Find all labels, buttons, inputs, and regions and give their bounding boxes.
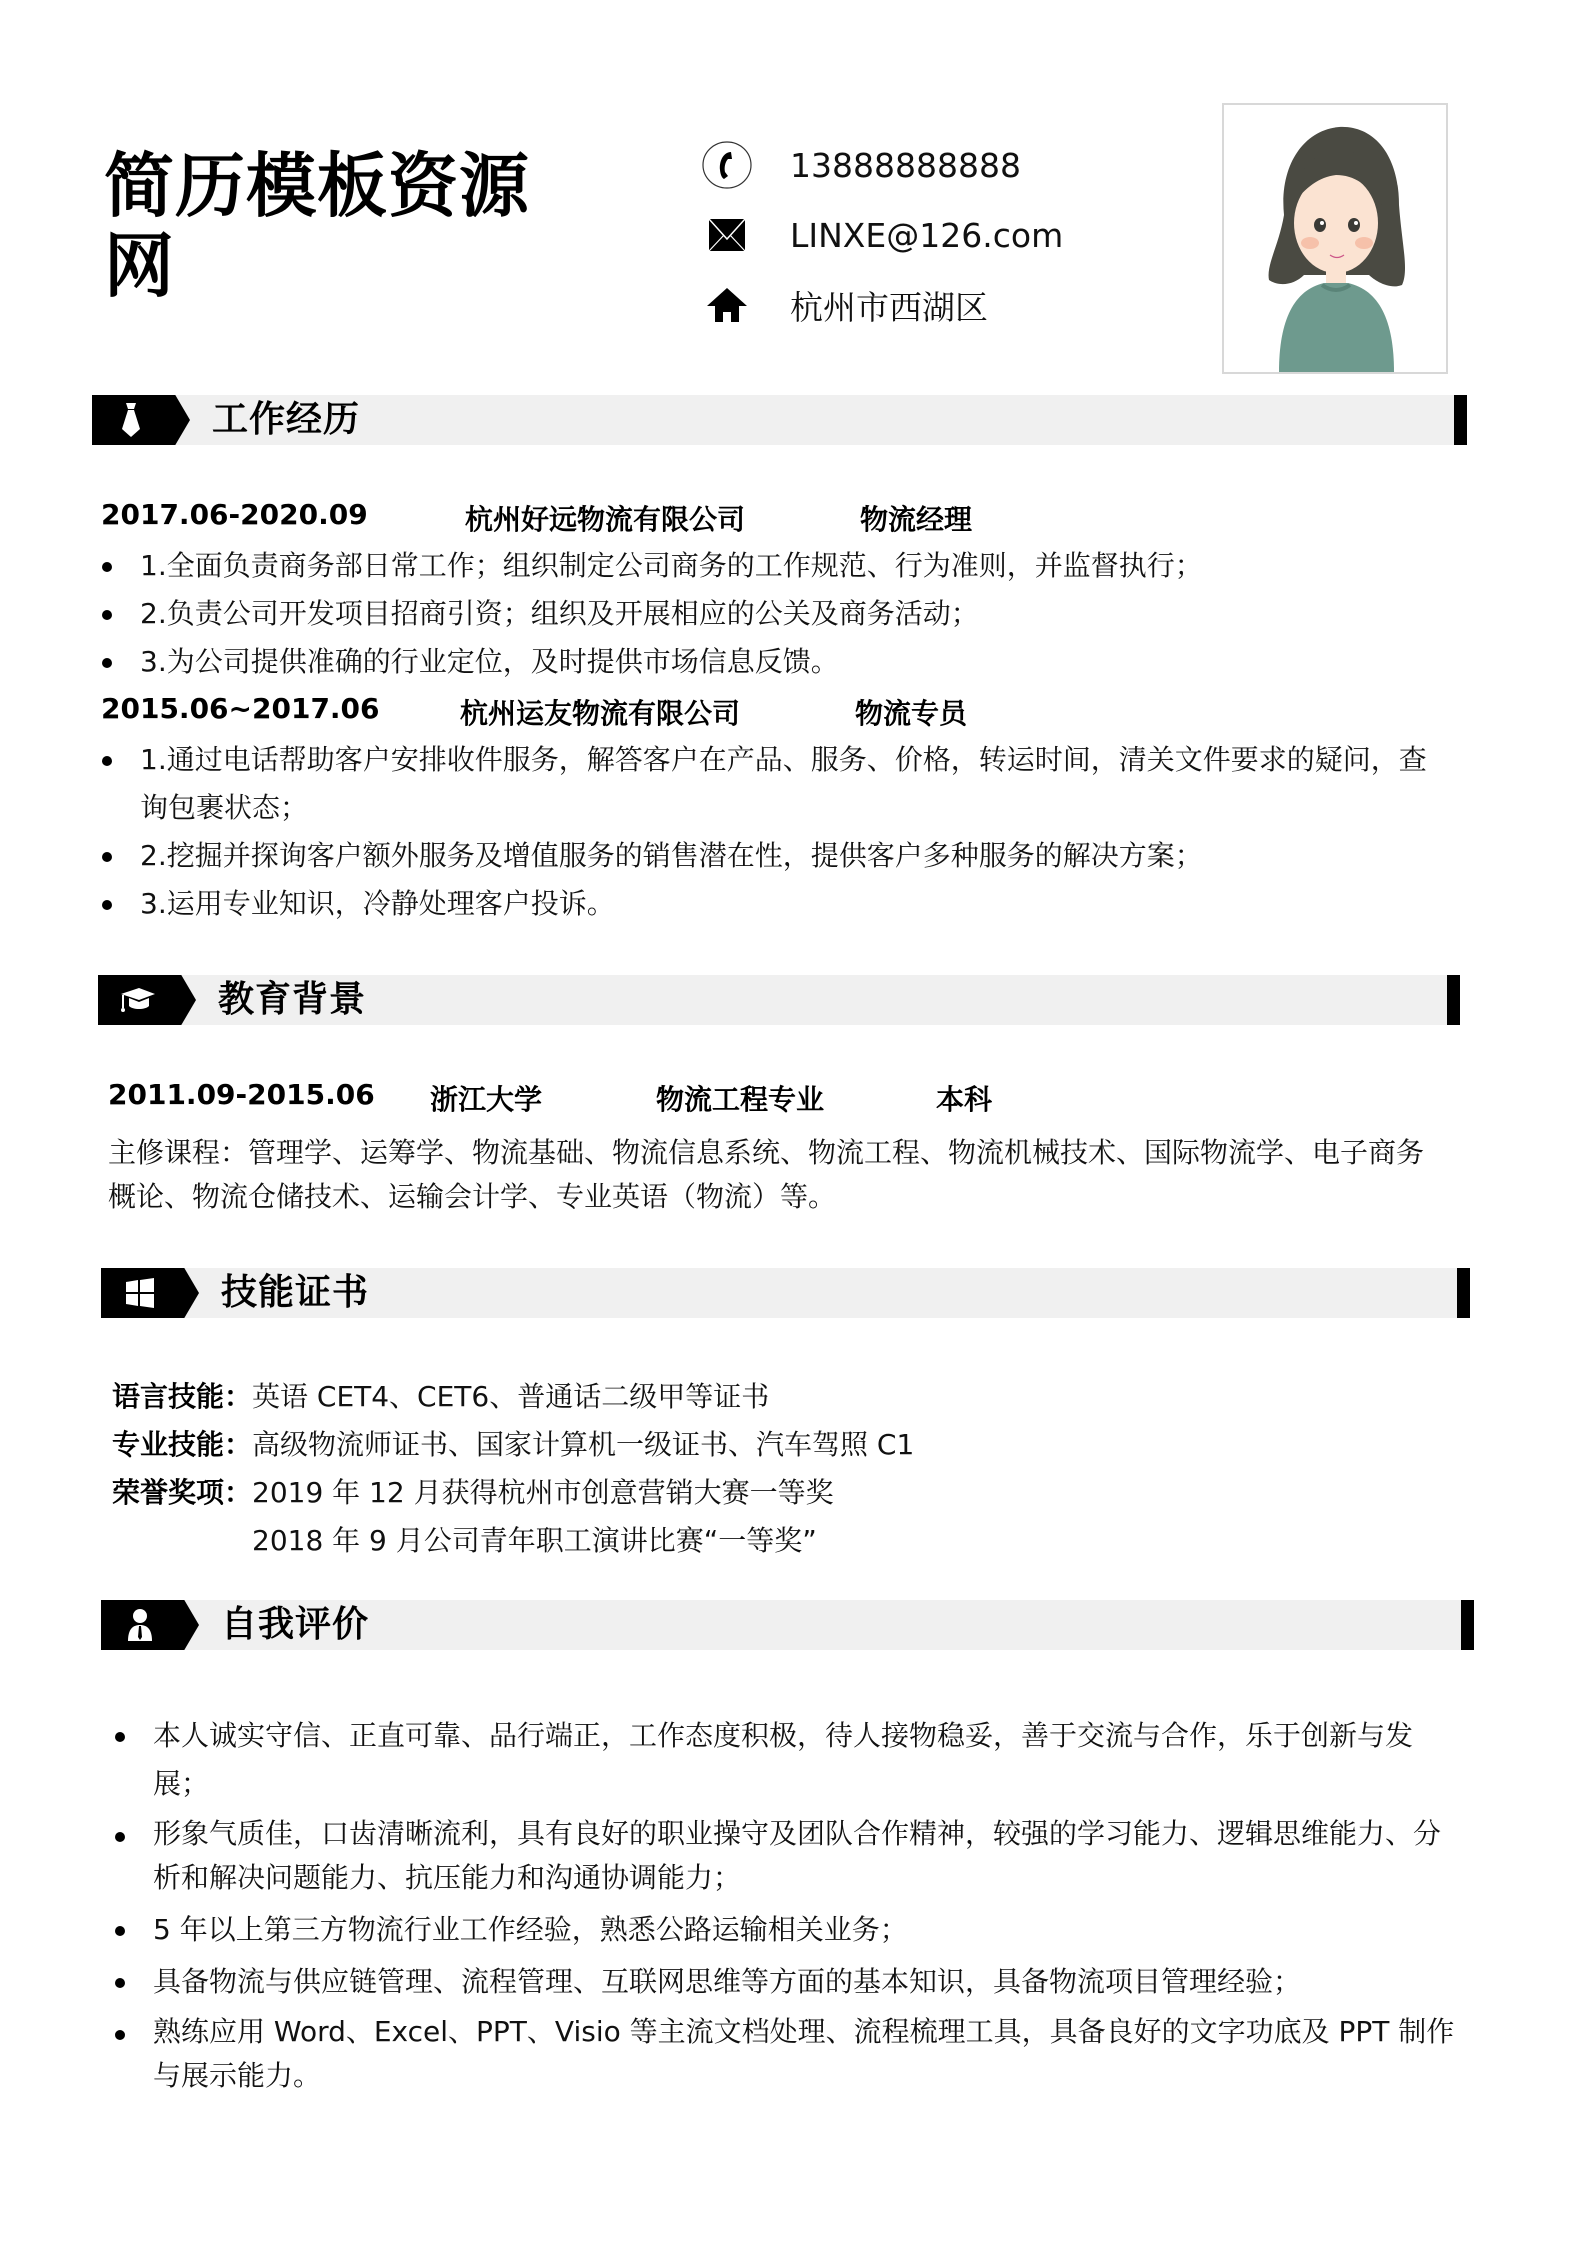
section-title: 自我评价 bbox=[221, 1600, 369, 1650]
section-tab bbox=[92, 395, 190, 445]
skill-label bbox=[112, 1517, 252, 1565]
necktie-icon bbox=[118, 401, 144, 439]
skill-value: 2019 年 12 月获得杭州市创意营销大赛一等奖 bbox=[252, 1469, 834, 1517]
phone-number: 13888888888 bbox=[790, 146, 1021, 185]
job-role: 物流经理 bbox=[860, 498, 972, 538]
windows-grid-icon bbox=[124, 1277, 156, 1309]
edu-school: 浙江大学 bbox=[430, 1078, 542, 1118]
section-cap bbox=[1454, 395, 1467, 445]
address: 杭州市西湖区 bbox=[790, 282, 988, 329]
list-item: 1.通过电话帮助客户安排收件服务，解答客户在产品、服务、价格，转运时间，清关文件… bbox=[100, 736, 1450, 832]
section-tab bbox=[98, 975, 196, 1025]
edu-period: 2011.09-2015.06 bbox=[108, 1078, 375, 1111]
skill-label: 专业技能： bbox=[112, 1421, 252, 1469]
edu-degree: 本科 bbox=[936, 1078, 992, 1118]
envelope-icon bbox=[700, 210, 754, 260]
phone-icon bbox=[700, 140, 754, 190]
section-title: 技能证书 bbox=[221, 1268, 369, 1318]
skill-value: 高级物流师证书、国家计算机一级证书、汽车驾照 C1 bbox=[252, 1421, 914, 1469]
skill-row-honors-2: 2018 年 9 月公司青年职工演讲比赛“一等奖” bbox=[112, 1517, 817, 1565]
contact-email: LINXE@126.com bbox=[700, 210, 1063, 260]
section-tab bbox=[101, 1268, 199, 1318]
section-title: 教育背景 bbox=[218, 975, 366, 1025]
section-cap bbox=[1457, 1268, 1470, 1318]
job-duties: 1.通过电话帮助客户安排收件服务，解答客户在产品、服务、价格，转运时间，清关文件… bbox=[100, 736, 1450, 928]
list-item: 2.负责公司开发项目招商引资；组织及开展相应的公关及商务活动； bbox=[100, 590, 1460, 638]
job-duties: 1.全面负责商务部日常工作；组织制定公司商务的工作规范、行为准则，并监督执行； … bbox=[100, 542, 1460, 686]
avatar-illustration bbox=[1224, 105, 1446, 372]
person-icon bbox=[125, 1607, 155, 1643]
list-item: 3.为公司提供准确的行业定位，及时提供市场信息反馈。 bbox=[100, 638, 1460, 686]
job-period: 2015.06~2017.06 bbox=[101, 692, 380, 725]
skill-value: 2018 年 9 月公司青年职工演讲比赛“一等奖” bbox=[252, 1517, 817, 1565]
list-item: 具备物流与供应链管理、流程管理、互联网思维等方面的基本知识，具备物流项目管理经验… bbox=[113, 1958, 1458, 2006]
edu-courses: 主修课程：管理学、运筹学、物流基础、物流信息系统、物流工程、物流机械技术、国际物… bbox=[108, 1131, 1448, 1219]
list-item: 本人诚实守信、正直可靠、品行端正，工作态度积极，待人接物稳妥，善于交流与合作，乐… bbox=[113, 1712, 1458, 1808]
list-item: 5 年以上第三方物流行业工作经验，熟悉公路运输相关业务； bbox=[113, 1906, 1458, 1954]
contact-address: 杭州市西湖区 bbox=[700, 280, 988, 330]
resume-name: 简历模板资源网 bbox=[104, 146, 574, 306]
section-header-work: 工作经历 bbox=[92, 395, 1467, 445]
graduation-cap-icon bbox=[117, 984, 157, 1016]
job-company: 杭州好远物流有限公司 bbox=[465, 498, 745, 538]
section-header-self: 自我评价 bbox=[101, 1600, 1474, 1650]
profile-photo bbox=[1222, 103, 1448, 374]
list-item: 熟练应用 Word、Excel、PPT、Visio 等主流文档处理、流程梳理工具… bbox=[113, 2010, 1458, 2098]
email-address: LINXE@126.com bbox=[790, 216, 1063, 255]
home-icon bbox=[700, 280, 754, 330]
skill-row-honors: 荣誉奖项： 2019 年 12 月获得杭州市创意营销大赛一等奖 bbox=[112, 1469, 834, 1517]
list-item: 形象气质佳，口齿清晰流利，具有良好的职业操守及团队合作精神，较强的学习能力、逻辑… bbox=[113, 1812, 1458, 1900]
self-evaluation-list: 本人诚实守信、正直可靠、品行端正，工作态度积极，待人接物稳妥，善于交流与合作，乐… bbox=[113, 1712, 1458, 2098]
list-item: 1.全面负责商务部日常工作；组织制定公司商务的工作规范、行为准则，并监督执行； bbox=[100, 542, 1460, 590]
section-header-skills: 技能证书 bbox=[101, 1268, 1470, 1318]
contact-phone: 13888888888 bbox=[700, 140, 1021, 190]
edu-major: 物流工程专业 bbox=[656, 1078, 824, 1118]
job-company: 杭州运友物流有限公司 bbox=[460, 692, 740, 732]
job-period: 2017.06-2020.09 bbox=[101, 498, 368, 531]
skill-label: 荣誉奖项： bbox=[112, 1469, 252, 1517]
section-title: 工作经历 bbox=[212, 395, 360, 445]
section-header-education: 教育背景 bbox=[98, 975, 1460, 1025]
list-item: 3.运用专业知识，冷静处理客户投诉。 bbox=[100, 880, 1450, 928]
list-item: 2.挖掘并探询客户额外服务及增值服务的销售潜在性，提供客户多种服务的解决方案； bbox=[100, 832, 1450, 880]
section-cap bbox=[1447, 975, 1460, 1025]
skill-label: 语言技能： bbox=[112, 1373, 252, 1421]
skill-row-professional: 专业技能： 高级物流师证书、国家计算机一级证书、汽车驾照 C1 bbox=[112, 1421, 914, 1469]
skill-value: 英语 CET4、CET6、普通话二级甲等证书 bbox=[252, 1373, 769, 1421]
skill-row-language: 语言技能： 英语 CET4、CET6、普通话二级甲等证书 bbox=[112, 1373, 769, 1421]
job-role: 物流专员 bbox=[855, 692, 967, 732]
section-tab bbox=[101, 1600, 199, 1650]
section-cap bbox=[1461, 1600, 1474, 1650]
